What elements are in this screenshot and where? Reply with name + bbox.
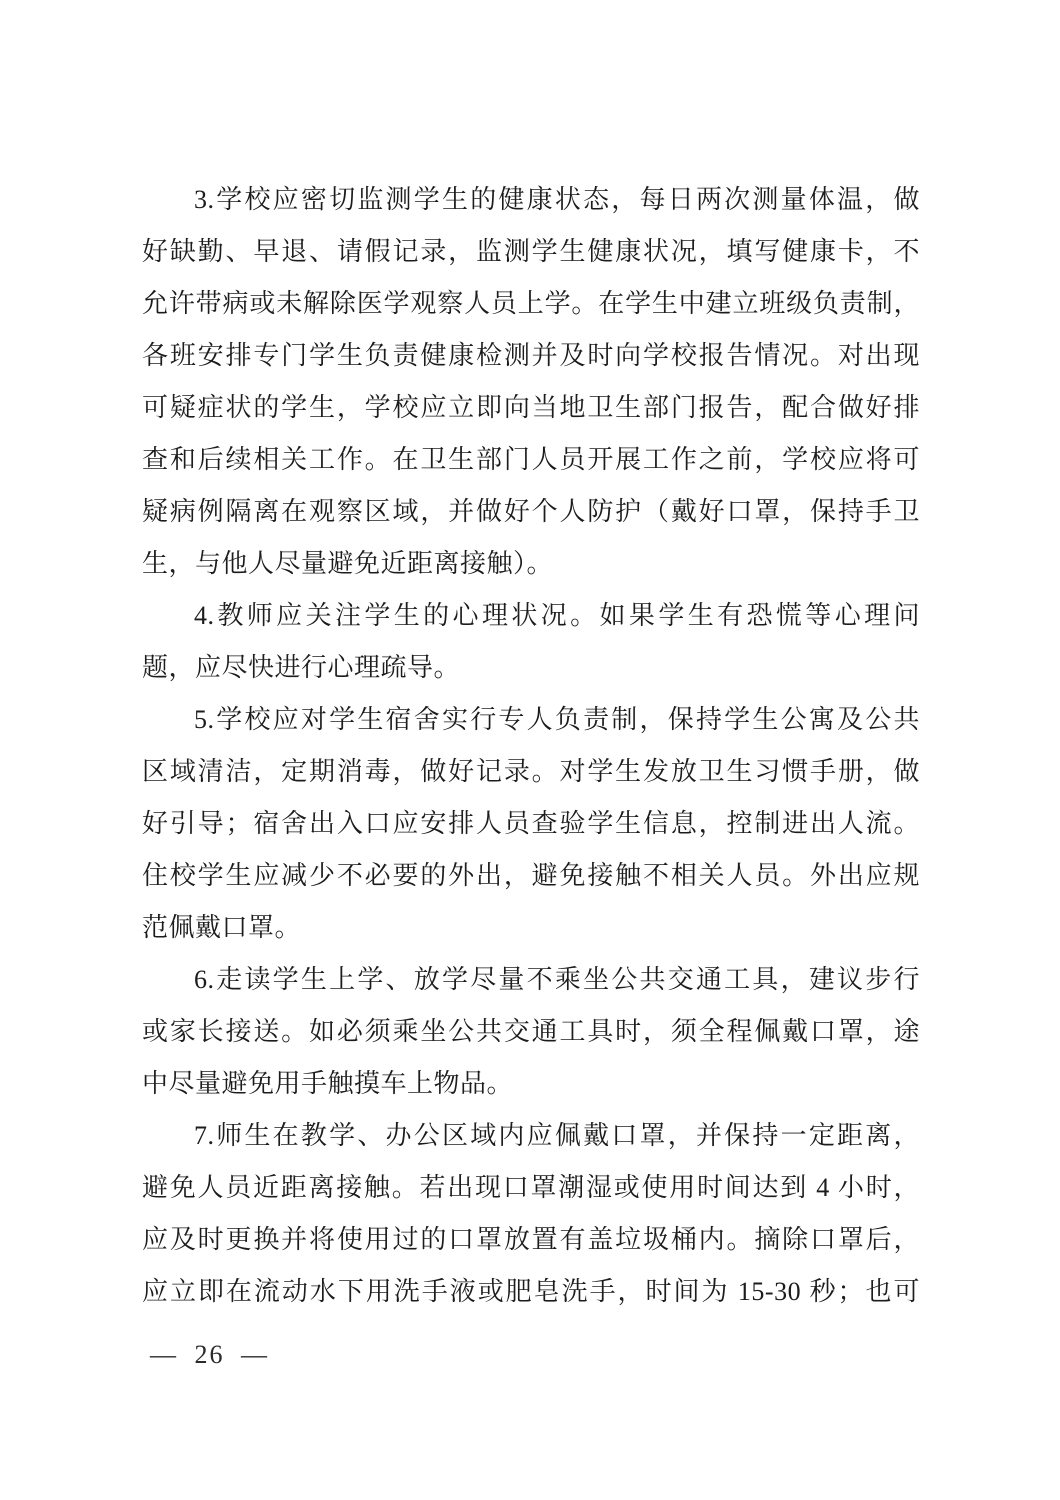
text-line: 查和后续相关工作。在卫生部门人员开展工作之前，学校应将可	[142, 434, 920, 486]
text-line: 题，应尽快进行心理疏导。	[142, 642, 920, 694]
text-line: 中尽量避免用手触摸车上物品。	[142, 1058, 920, 1110]
page-number: — 26 —	[150, 1329, 269, 1381]
text-line: 各班安排专门学生负责健康检测并及时向学校报告情况。对出现	[142, 330, 920, 382]
text-line: 4.教师应关注学生的心理状况。如果学生有恐慌等心理问	[142, 590, 920, 642]
text-line: 范佩戴口罩。	[142, 902, 920, 954]
text-line: 6.走读学生上学、放学尽量不乘坐公共交通工具，建议步行	[142, 954, 920, 1006]
text-line: 7.师生在教学、办公区域内应佩戴口罩，并保持一定距离，	[142, 1110, 920, 1162]
text-line: 3.学校应密切监测学生的健康状态，每日两次测量体温，做	[142, 174, 920, 226]
text-line: 好缺勤、早退、请假记录，监测学生健康状况，填写健康卡，不	[142, 226, 920, 278]
text-line: 可疑症状的学生，学校应立即向当地卫生部门报告，配合做好排	[142, 382, 920, 434]
document-body: 3.学校应密切监测学生的健康状态，每日两次测量体温，做 好缺勤、早退、请假记录，…	[142, 174, 920, 1318]
text-line: 疑病例隔离在观察区域，并做好个人防护（戴好口罩，保持手卫	[142, 486, 920, 538]
text-line: 或家长接送。如必须乘坐公共交通工具时，须全程佩戴口罩，途	[142, 1006, 920, 1058]
document-page: 3.学校应密切监测学生的健康状态，每日两次测量体温，做 好缺勤、早退、请假记录，…	[0, 0, 1060, 1500]
text-line: 应立即在流动水下用洗手液或肥皂洗手，时间为 15-30 秒；也可	[142, 1266, 920, 1318]
text-line: 好引导；宿舍出入口应安排人员查验学生信息，控制进出人流。	[142, 798, 920, 850]
text-line: 应及时更换并将使用过的口罩放置有盖垃圾桶内。摘除口罩后，	[142, 1214, 920, 1266]
text-line: 避免人员近距离接触。若出现口罩潮湿或使用时间达到 4 小时，	[142, 1162, 920, 1214]
text-line: 允许带病或未解除医学观察人员上学。在学生中建立班级负责制，	[142, 278, 920, 330]
text-line: 5.学校应对学生宿舍实行专人负责制，保持学生公寓及公共	[142, 694, 920, 746]
text-line: 区域清洁，定期消毒，做好记录。对学生发放卫生习惯手册，做	[142, 746, 920, 798]
text-line: 生，与他人尽量避免近距离接触）。	[142, 538, 920, 590]
text-line: 住校学生应减少不必要的外出，避免接触不相关人员。外出应规	[142, 850, 920, 902]
